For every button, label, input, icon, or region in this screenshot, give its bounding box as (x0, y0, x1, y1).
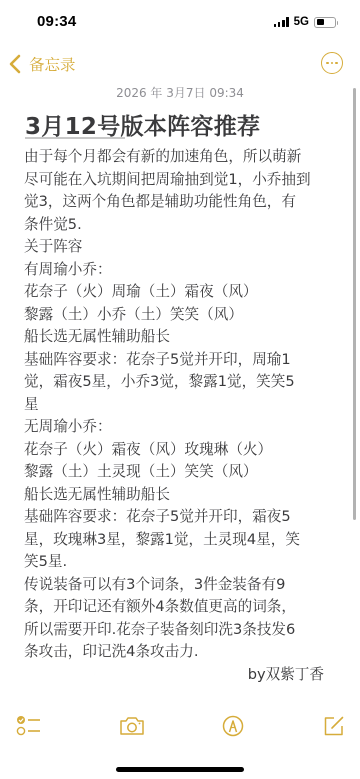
camera-button[interactable] (119, 715, 145, 741)
note-line: 无周瑜小乔： (24, 416, 336, 439)
note-line: 传说装备可以有3个词条，3件金装备有9 (24, 574, 336, 597)
back-label: 备忘录 (29, 53, 76, 75)
pen-circle-icon (222, 715, 244, 737)
camera-icon (119, 715, 145, 737)
note-signature: by双紫丁香 (24, 664, 336, 687)
battery-icon (314, 17, 336, 28)
status-time: 09:34 (37, 13, 76, 30)
back-button[interactable]: 备忘录 (8, 53, 76, 75)
compose-icon (323, 715, 345, 737)
note-line: 基础阵容要求：花奈子5觉并开印，周瑜1 (24, 349, 336, 372)
note-line: 关于阵容 (24, 236, 336, 259)
checklist-icon (16, 715, 42, 737)
note-line: 黎露（土）小乔（土）笑笑（风） (24, 304, 336, 327)
note-body[interactable]: 由于每个月都会有新的加速角色，所以萌新 尽可能在入坑期间把周瑜抽到觉1，小乔抽到… (24, 146, 336, 686)
note-line: 星，玫瑰琳3星，黎露1觉，土灵现4星，笑 (24, 529, 336, 552)
signal-icon (274, 17, 289, 27)
note-line: 黎露（土）土灵现（土）笑笑（风） (24, 461, 336, 484)
title-underline (25, 137, 125, 139)
note-line: 花奈子（火）霜夜（风）玫瑰琳（火） (24, 439, 336, 462)
note-line: 由于每个月都会有新的加速角色，所以萌新 (24, 146, 336, 169)
note-line: 基础阵容要求：花奈子5觉并开印，霜夜5 (24, 506, 336, 529)
ellipsis-circle-icon (326, 62, 328, 64)
markup-button[interactable] (222, 715, 244, 741)
more-button[interactable] (321, 52, 343, 74)
note-line: 船长选无属性辅助船长 (24, 484, 336, 507)
note-line: 条，开印记还有额外4条数值更高的词条， (24, 596, 336, 619)
note-line: 条攻击，印记洗4条攻击力. (24, 641, 336, 664)
nav-bar: 备忘录 (0, 46, 360, 84)
note-date: 2026 年 3月7日 09:34 (0, 84, 360, 101)
note-line: 花奈子（火）周瑜（土）霜夜（风） (24, 281, 336, 304)
note-line: 星 (24, 394, 336, 417)
network-type: 5G (294, 16, 309, 28)
note-line: 觉，霜夜5星，小乔3觉，黎露1觉，笑笑5 (24, 371, 336, 394)
note-line: 条件觉5. (24, 214, 336, 237)
home-indicator[interactable] (116, 767, 244, 772)
scrollbar[interactable] (353, 88, 356, 520)
bottom-toolbar (0, 707, 360, 747)
status-bar: 09:34 5G (0, 0, 360, 46)
chevron-left-icon (8, 54, 24, 74)
note-line: 有周瑜小乔： (24, 259, 336, 282)
note-line: 船长选无属性辅助船长 (24, 326, 336, 349)
note-line: 所以需要开印.花奈子装备刻印洗3条技发6 (24, 619, 336, 642)
compose-button[interactable] (323, 715, 345, 741)
checklist-button[interactable] (16, 715, 42, 741)
note-line: 笑5星. (24, 551, 336, 574)
note-line: 尽可能在入坑期间把周瑜抽到觉1，小乔抽到 (24, 169, 336, 192)
note-line: 觉3，这两个角色都是辅助功能性角色，有 (24, 191, 336, 214)
status-indicators: 5G (274, 16, 336, 28)
